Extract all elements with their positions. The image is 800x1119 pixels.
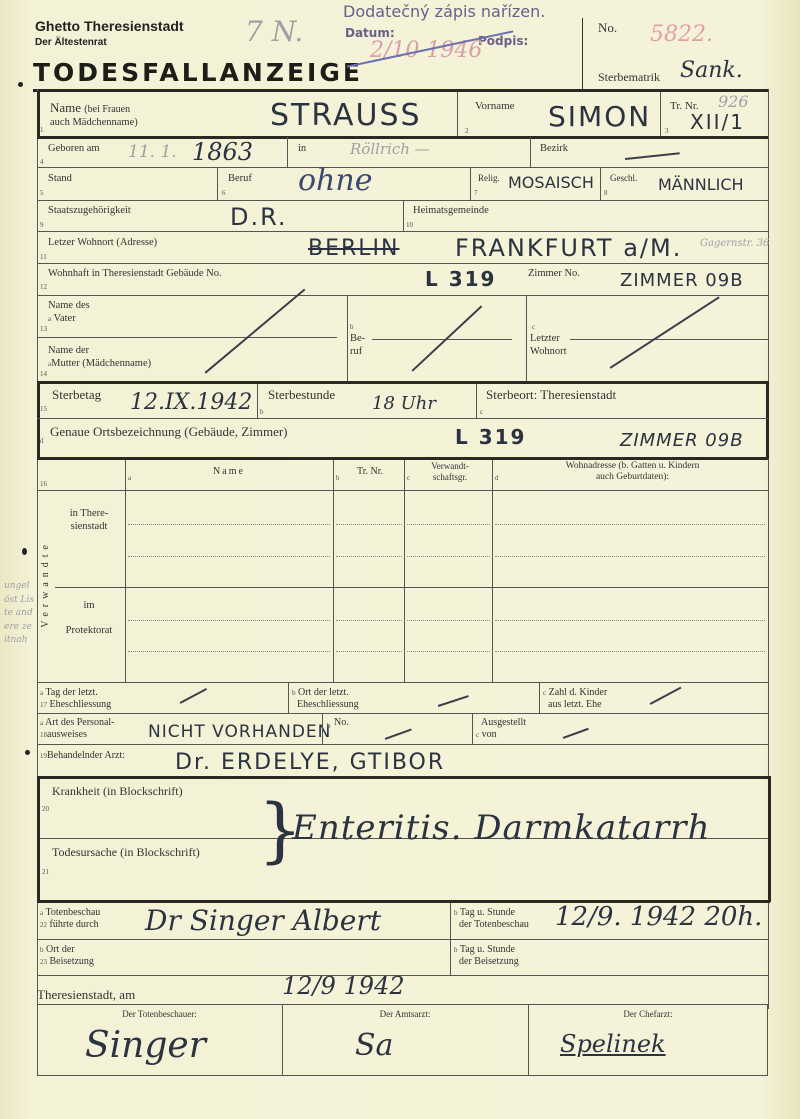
death-box-right — [766, 381, 769, 459]
row-divider — [37, 231, 768, 232]
name-box-bottom — [37, 136, 768, 139]
todesursache-label: Todesursache (in Blockschrift) — [52, 845, 200, 859]
death-box-top — [37, 381, 768, 384]
cause-box-right — [768, 776, 771, 902]
divider — [257, 384, 258, 418]
field-number: 10 — [406, 221, 413, 229]
divider — [476, 384, 477, 418]
sig-label-amtsarzt: Der Amtsarzt: — [282, 1009, 528, 1020]
ortsbezeichnung-room[interactable]: ZIMMER 09B — [620, 430, 744, 451]
field-letter: c — [480, 408, 483, 416]
divider — [457, 92, 458, 137]
relatives-col-name: Name — [125, 466, 333, 478]
row-divider — [37, 263, 768, 264]
vater-label: Name desa Vater — [48, 300, 90, 325]
relatives-row-protektorat: im Protektorat — [55, 600, 123, 638]
totenbeschau-value[interactable]: Dr Singer Albert — [145, 904, 381, 937]
row-divider — [37, 295, 768, 296]
field-number: 13 — [40, 325, 47, 333]
ausgestellt-empty-stroke — [563, 728, 589, 739]
parents-beruf-label: Be-ruf — [350, 333, 365, 358]
sterbematrik-label: Sterbematrik — [598, 70, 660, 84]
totenbeschau-tag-value[interactable]: 12/9. 1942 20h. — [555, 902, 762, 932]
in-label: in — [298, 143, 306, 156]
beisetzung-ort-label: b Ort der23 Beisetzung — [40, 944, 94, 968]
divider — [403, 201, 404, 231]
dotted-line — [128, 524, 330, 525]
sterbetag-label: Sterbetag — [52, 387, 101, 403]
cause-box-left — [37, 776, 40, 902]
row-divider — [37, 167, 768, 168]
divider — [472, 714, 473, 744]
letzter-wohnort-value[interactable]: FRANKFURT a/M. — [455, 234, 682, 262]
heimatsgemeinde-label: Heimatsgemeinde — [413, 205, 489, 218]
sig-label-totenbeschauer: Der Totenbeschauer: — [37, 1009, 282, 1020]
death-box-bottom — [37, 457, 768, 460]
sig-totenbeschauer[interactable]: Singer — [85, 1025, 206, 1066]
parents-wohnort-label: LetzterWohnort — [530, 333, 566, 358]
cause-value[interactable]: Enteritis. Darmkatarrh — [292, 808, 710, 848]
zimmer-value[interactable]: ZIMMER 09B — [620, 270, 744, 291]
ortsbezeichnung-building[interactable]: L 319 — [455, 425, 526, 449]
divider — [125, 460, 126, 682]
staats-value[interactable]: D.R. — [230, 203, 288, 231]
totenbeschau-label: a Totenbeschau22 führte durch — [40, 907, 100, 931]
relatives-row-theresienstadt: in There- sienstadt — [55, 508, 123, 533]
place-date-label: Theresienstadt, am — [37, 987, 135, 1003]
vorname-label: Vorname — [475, 100, 515, 113]
stand-label: Stand — [48, 173, 72, 186]
field-number: 12 — [40, 283, 47, 291]
geboren-day[interactable]: 11. 1. — [128, 142, 177, 162]
row-divider — [570, 339, 768, 340]
field-number: 16 — [40, 480, 47, 488]
letzter-wohnort-label: Letzer Wohnort (Adresse) — [48, 237, 157, 250]
sterbeort-label: Sterbeort: Theresienstadt — [486, 387, 616, 403]
dotted-line — [495, 524, 765, 525]
field-number: 21 — [42, 868, 49, 876]
row-divider — [37, 490, 768, 491]
field-number: 7 — [474, 189, 478, 197]
divider — [600, 168, 601, 200]
geschl-label: Geschl. — [610, 173, 637, 184]
dotted-line — [495, 651, 765, 652]
wohnhaft-label: Wohnhaft in Theresienstadt Gebäude No. — [48, 268, 222, 281]
frame-top — [33, 89, 768, 92]
relatives-col-trnr: Tr. Nr. — [336, 466, 404, 478]
punch-hole-icon — [22, 548, 27, 555]
field-number: 9 — [40, 221, 44, 229]
sterbetag-value[interactable]: 12.IX.1942 — [130, 390, 252, 415]
sig-chefarzt[interactable]: Spelinek — [560, 1030, 666, 1058]
mutter-label: Name deraMutter (Mädchenname) — [48, 345, 151, 370]
dotted-line — [336, 651, 402, 652]
dotted-line — [495, 556, 765, 557]
relatives-col-verwandt: Verwandt- schaftsgr. — [410, 461, 490, 483]
field-number: 6 — [222, 189, 226, 197]
ortsbezeichnung-label: Genaue Ortsbezeichnung (Gebäude, Zimmer) — [50, 424, 288, 440]
header-divider — [582, 18, 583, 90]
field-letter: c — [532, 323, 535, 331]
parents-wohnort-empty-stroke — [610, 296, 720, 368]
name-label-line2: auch Mädchenname) — [50, 117, 138, 130]
geboren-year[interactable]: 1863 — [192, 138, 253, 166]
geschl-value[interactable]: MÄNNLICH — [658, 175, 744, 194]
kinder-label: c Zahl d. Kinder aus letzt. Ehe — [543, 687, 607, 711]
stamp-text: Dodatečný zápis nařízen. — [343, 2, 545, 21]
punch-hole-icon — [18, 82, 23, 87]
divider — [530, 137, 531, 167]
relatives-col-wohnadresse: Wohnadresse (b. Gatten u. Kindern auch G… — [500, 461, 765, 484]
field-number: 3 — [665, 127, 669, 135]
divider — [470, 168, 471, 200]
tr-nr-value[interactable]: XII/1 — [690, 110, 745, 134]
staats-label: Staatszugehörigkeit — [48, 205, 131, 218]
letzter-wohnort-pencil: Gagernstr. 36 — [700, 238, 769, 249]
bezirk-label: Bezirk — [540, 143, 568, 156]
row-divider — [37, 418, 768, 419]
zimmer-label: Zimmer No. — [528, 268, 580, 281]
ausweis-art-value[interactable]: NICHT VORHANDEN — [148, 722, 331, 742]
sterbematrik-value: Sank. — [680, 58, 743, 83]
dotted-line — [407, 651, 490, 652]
org-name: Ghetto Theresienstadt — [35, 18, 184, 34]
field-number: 2 — [465, 127, 469, 135]
surname-value[interactable]: STRAUSS — [270, 98, 422, 133]
ehe-tag-empty-stroke — [180, 688, 207, 703]
field-number: 8 — [604, 189, 608, 197]
relig-value[interactable]: MOSAISCH — [508, 173, 594, 192]
krankheit-label: Krankheit (in Blockschrift) — [52, 784, 183, 798]
death-box-left — [37, 381, 40, 459]
no-label: No. — [598, 20, 617, 36]
tr-nr-pencil: 926 — [718, 92, 749, 111]
letzter-wohnort-struck: BERLIN — [308, 236, 399, 261]
ehe-tag-label: a Tag der letzt.17 Eheschliessung — [40, 687, 111, 711]
dotted-line — [336, 620, 402, 621]
place-date-value[interactable]: 12/9 1942 — [282, 972, 405, 1000]
row-divider — [37, 939, 768, 940]
field-letter: b — [350, 323, 354, 331]
totenbeschau-tag-label: b Tag u. Stunde der Totenbeschau — [454, 907, 529, 931]
parents-name-empty-stroke — [205, 289, 306, 374]
dotted-line — [128, 651, 330, 652]
ehe-ort-label: b Ort der letzt. Eheschliessung — [292, 687, 359, 711]
row-divider — [37, 682, 768, 683]
divider — [217, 168, 218, 200]
field-number: 14 — [40, 370, 47, 378]
wohnhaft-value[interactable]: L 319 — [425, 267, 496, 291]
field-letter: d — [40, 437, 44, 445]
relatives-side-label: Verwandte — [40, 540, 51, 628]
geboren-label: Geboren am — [48, 143, 100, 156]
divider — [333, 460, 334, 682]
punch-hole-icon — [25, 750, 30, 755]
ehe-ort-empty-stroke — [438, 695, 469, 706]
name-label: Name (bei Frauen — [50, 100, 130, 116]
field-number: 1 — [40, 126, 44, 134]
row-divider — [55, 587, 768, 588]
kinder-empty-stroke — [650, 687, 682, 705]
ausweis-no-label: No. — [334, 717, 349, 729]
ausweis-art-label: a Art des Personal-18ausweises — [40, 717, 115, 741]
divider — [347, 296, 348, 382]
divider — [288, 683, 289, 713]
pencil-note: 7 N. — [245, 15, 303, 48]
field-number: 5 — [40, 189, 44, 197]
field-letter: b — [260, 408, 264, 416]
divider — [492, 460, 493, 682]
cause-box-top — [37, 776, 770, 779]
dotted-line — [407, 620, 490, 621]
dotted-line — [336, 556, 402, 557]
divider — [660, 92, 661, 137]
field-number: 15 — [40, 405, 47, 413]
divider — [404, 460, 405, 682]
divider — [322, 714, 323, 744]
in-value[interactable]: Röllrich — — [350, 140, 430, 158]
no-value: 5822. — [650, 22, 713, 47]
field-number: 20 — [42, 805, 49, 813]
dotted-line — [495, 620, 765, 621]
sig-label-chefarzt: Der Chefarzt: — [528, 1009, 768, 1020]
relig-label: Relig. — [478, 173, 500, 184]
arzt-label: 19Behandelnder Arzt: — [40, 750, 125, 762]
beruf-label: Beruf — [228, 173, 252, 186]
vorname-value[interactable]: SIMON — [548, 100, 651, 133]
sterbestunde-label: Sterbestunde — [268, 387, 335, 403]
document-title: TODESFALLANZEIGE — [33, 58, 363, 87]
row-divider — [37, 744, 768, 745]
sterbestunde-value[interactable]: 18 Uhr — [372, 393, 436, 414]
beruf-value[interactable]: ohne — [298, 163, 372, 198]
dotted-line — [336, 524, 402, 525]
field-number: 4 — [40, 158, 44, 166]
divider — [287, 137, 288, 167]
divider — [526, 296, 527, 382]
dotted-line — [407, 556, 490, 557]
divider — [539, 683, 540, 713]
field-letter: b — [327, 722, 331, 730]
beisetzung-tag-label: b Tag u. Stunde der Beisetzung — [454, 944, 519, 968]
dotted-line — [128, 620, 330, 621]
org-subtitle: Der Ältestenrat — [35, 37, 107, 48]
ausweis-no-empty-stroke — [385, 728, 412, 739]
dotted-line — [128, 556, 330, 557]
row-divider — [37, 337, 337, 338]
ausgestellt-label: Ausgestelltc von — [476, 717, 526, 741]
field-number: 11 — [40, 253, 47, 261]
margin-pencil-note: ungelöst Liste andere zeitnah — [4, 580, 34, 648]
field-letter: d — [495, 474, 499, 482]
document-page: Ghetto Theresienstadt Der Ältestenrat TO… — [0, 0, 800, 1119]
arzt-value[interactable]: Dr. ERDELYE, GTIBOR — [175, 750, 445, 775]
dotted-line — [407, 524, 490, 525]
sig-amtsarzt[interactable]: Sa — [355, 1028, 393, 1063]
bezirk-empty-stroke — [625, 152, 680, 159]
row-divider — [37, 713, 768, 714]
